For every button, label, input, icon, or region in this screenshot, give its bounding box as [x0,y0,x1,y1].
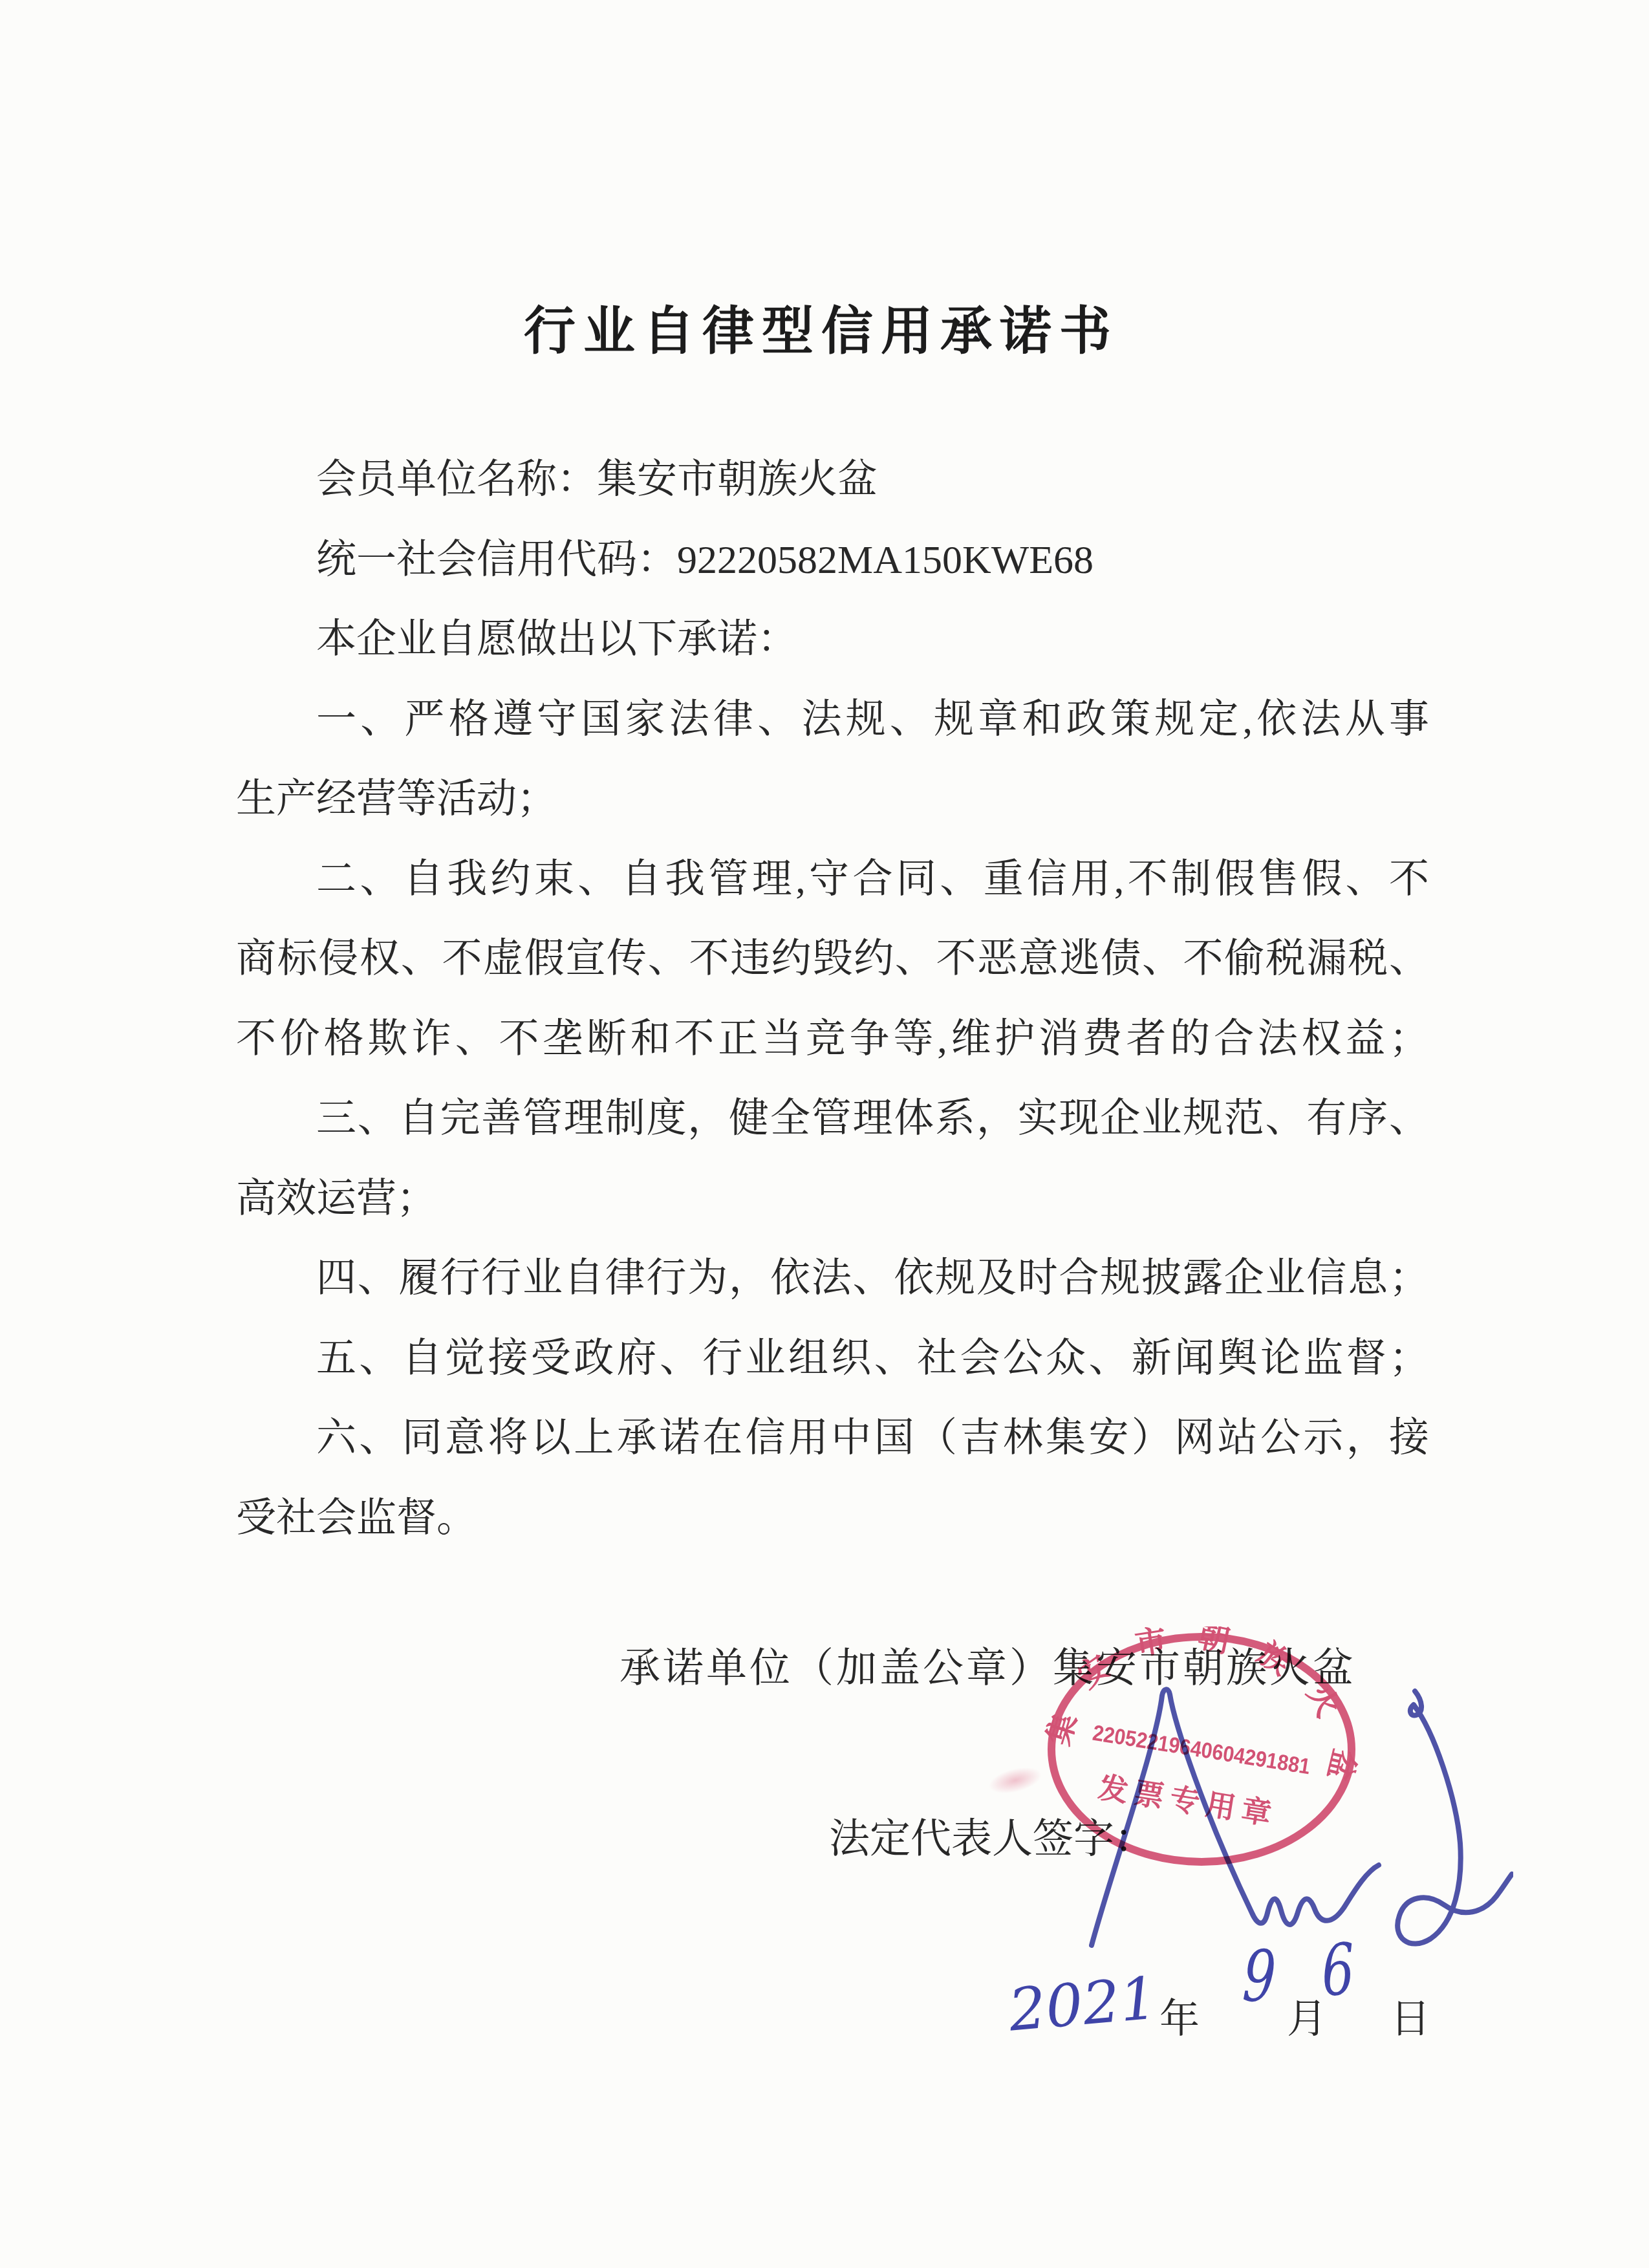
handwritten-year: 2021 [1007,1969,1159,2040]
body-line-intro: 本企业自愿做出以下承诺： [236,616,1429,663]
body-line-item3b: 高效运营； [236,1176,1429,1222]
document-title: 行业自律型信用承诺书 [0,305,1643,357]
date-year-unit: 年 [1159,1987,1200,2044]
body-line-credit-code: 统一社会信用代码：92220582MA150KWE68 [236,537,1429,583]
body-line-item4: 四、履行行业自律行为，依法、依规及时合规披露企业信息； [236,1255,1429,1302]
body-line-item6a: 六、同意将以上承诺在信用中国（吉林集安）网站公示，接 [236,1415,1429,1462]
date-day-unit: 日 [1390,1987,1430,2044]
body-line-item1b: 生产经营等活动； [236,776,1429,823]
body-line-item5: 五、自觉接受政府、行业组织、社会公众、新闻舆论监督； [236,1335,1429,1382]
scanned-document-page: 行业自律型信用承诺书 会员单位名称：集安市朝族火盆 统一社会信用代码：92220… [0,0,1649,2268]
body-line-item2b: 商标侵权、不虚假宣传、不违约毁约、不恶意逃债、不偷税漏税、 [236,936,1429,982]
body-line-item2a: 二、自我约束、自我管理,守合同、重信用,不制假售假、不 [236,856,1429,903]
body-line-member-name: 会员单位名称：集安市朝族火盆 [236,457,1429,503]
date-month-unit: 月 [1287,1987,1327,2044]
signature-stroke-main [1092,1689,1379,1945]
body-line-item6b: 受社会监督。 [236,1495,1429,1542]
body-line-item1a: 一、严格遵守国家法律、法规、规章和政策规定,依法从事 [236,697,1429,743]
red-ink-smudge [986,1762,1044,1798]
body-line-item2c: 不价格欺诈、不垄断和不正当竞争等,维护消费者的合法权益； [236,1016,1429,1063]
signature-stroke-flourish [1397,1691,1512,1944]
handwritten-day: 6 [1320,1934,1355,2006]
handwritten-signature [1061,1656,1513,1966]
handwritten-month: 9 [1241,1940,1277,2013]
body-line-item3a: 三、自完善管理制度，健全管理体系，实现企业规范、有序、 [236,1096,1429,1142]
